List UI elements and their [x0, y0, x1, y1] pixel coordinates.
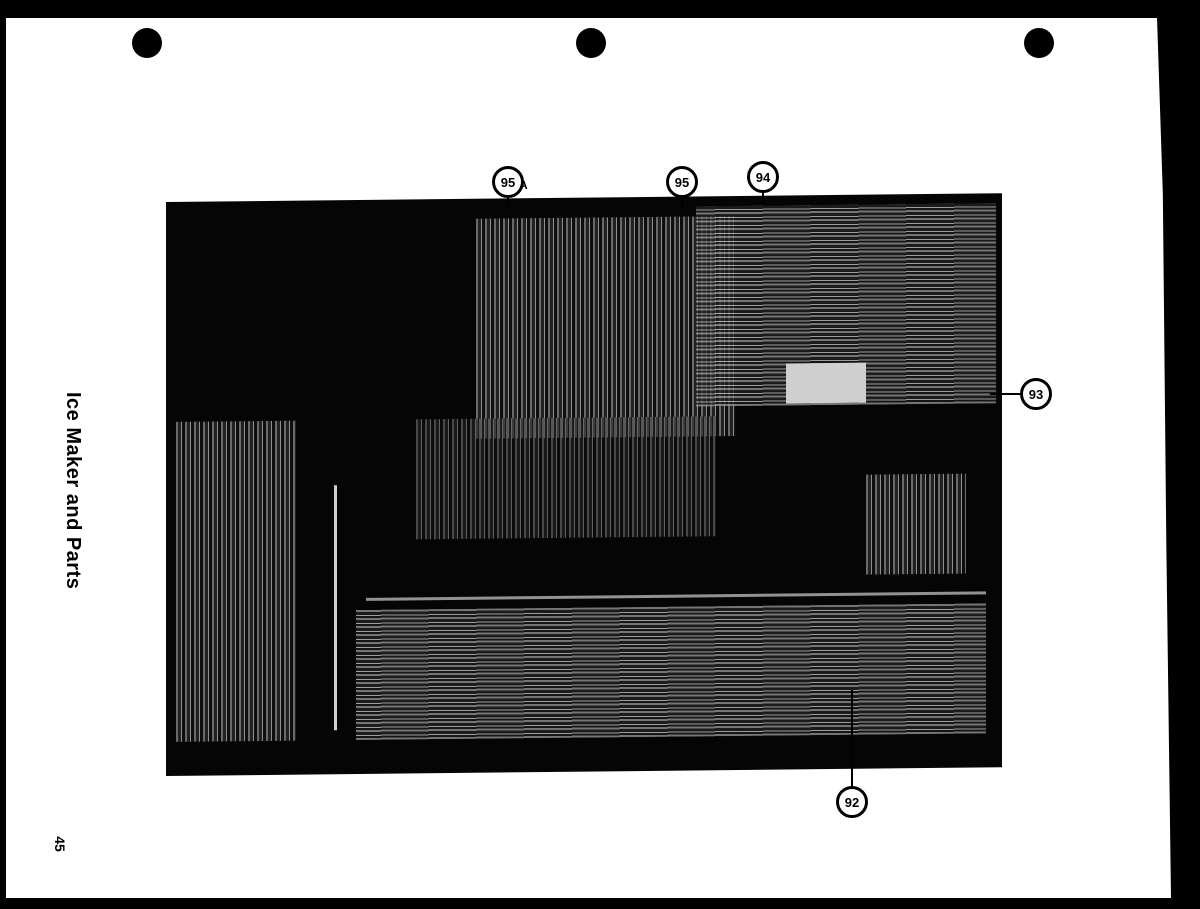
- ice-maker-photo: [166, 193, 1002, 776]
- callout-suffix: A: [519, 178, 528, 192]
- callout-95: 95: [666, 166, 698, 198]
- binder-hole-right: [1024, 28, 1054, 58]
- section-title: Ice Maker and Parts: [61, 392, 84, 589]
- photo-region-center: [416, 416, 716, 539]
- page-number: 45: [52, 836, 68, 852]
- callout-92: 92: [836, 786, 868, 818]
- callout-94: 94: [747, 161, 779, 193]
- control-label-plate: [786, 363, 866, 404]
- callout-93: 93: [1020, 378, 1052, 410]
- photo-region-right-box: [866, 474, 966, 575]
- tray-edge: [366, 591, 986, 600]
- binder-hole-left: [132, 28, 162, 58]
- leader-line: [990, 393, 1022, 395]
- wire-guide: [334, 485, 337, 730]
- binder-hole-center: [576, 28, 606, 58]
- leader-line: [851, 690, 853, 788]
- photo-region-left-panel: [176, 421, 296, 742]
- photo-region-ice-tray: [356, 603, 986, 740]
